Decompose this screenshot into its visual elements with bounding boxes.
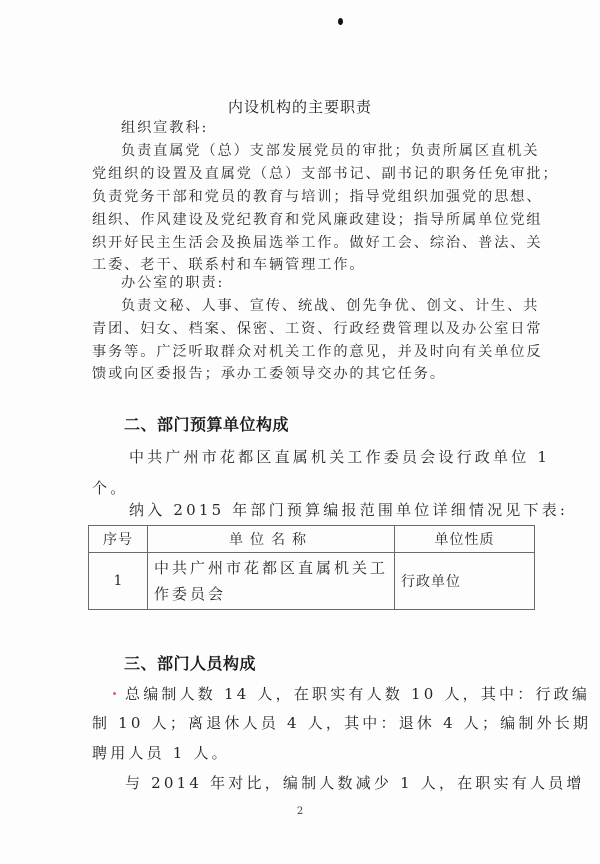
header-unit-nature: 单位性质 xyxy=(395,526,535,553)
cell-unit-nature: 行政单位 xyxy=(395,553,535,610)
office-line: 负责文秘、人事、宣传、统战、创先争优、创文、计生、共 xyxy=(121,295,539,318)
section3-line: 聘用人员 1 人。 xyxy=(92,740,230,766)
page-number: 2 xyxy=(0,806,600,817)
header-unit-name: 单位名称 xyxy=(148,526,395,553)
section-title: 内设机构的主要职责 xyxy=(0,96,600,117)
org-dept-line: 组织、作风建设及党纪教育和党风廉政建设；指导所属单位党组 xyxy=(92,209,542,232)
budget-unit-table: 序号 单位名称 单位性质 1 中共广州市花都区直属机关工 作委员会 行政单位 xyxy=(88,525,535,610)
cell-seq: 1 xyxy=(89,553,148,610)
office-line: 馈或向区委报告；承办工委领导交办的其它任务。 xyxy=(92,363,446,386)
header-seq: 序号 xyxy=(89,526,148,553)
section3-heading: 三、部门人员构成 xyxy=(124,651,256,674)
org-dept-line: 织开好民主生活会及换届选举工作。做好工会、综治、普法、关 xyxy=(92,232,542,255)
org-dept-line: 负责直属党（总）支部发展党员的审批；负责所属区直机关 xyxy=(121,140,539,163)
section2-paragraph-line: 个。 xyxy=(92,475,128,501)
office-label: 办公室的职责: xyxy=(121,272,224,295)
org-dept-label: 组织宣教科: xyxy=(121,117,208,140)
cell-unit-name: 中共广州市花都区直属机关工 作委员会 xyxy=(148,553,395,610)
unit-name-line: 作委员会 xyxy=(154,581,394,607)
section2-heading: 二、部门预算单位构成 xyxy=(124,412,289,435)
section3-paragraph2: 与 2014 年对比，编制人数减少 1 人，在职实有人员增 xyxy=(125,770,585,796)
section2-paragraph-line: 中共广州市花都区直属机关工作委员会设行政单位 1 xyxy=(129,444,550,470)
org-dept-line: 负责党务干部和党员的教育与培训；指导党组织加强党的思想、 xyxy=(92,186,542,209)
scan-speck xyxy=(338,18,343,25)
scan-red-mark xyxy=(113,692,116,695)
unit-name-line: 中共广州市花都区直属机关工 xyxy=(154,555,394,581)
document-page: 内设机构的主要职责 组织宣教科: 负责直属党（总）支部发展党员的审批；负责所属区… xyxy=(0,0,600,864)
office-line: 青团、妇女、档案、保密、工资、行政经费管理以及办公室日常 xyxy=(92,318,542,341)
table-header-row: 序号 单位名称 单位性质 xyxy=(89,526,535,553)
section2-table-intro: 纳入 2015 年部门预算编报范围单位详细情况见下表: xyxy=(129,497,568,523)
org-dept-line: 党组织的设置及直属党（总）支部书记、副书记的职务任免审批； xyxy=(92,163,559,186)
table-row: 1 中共广州市花都区直属机关工 作委员会 行政单位 xyxy=(89,553,535,610)
section3-line: 制 10 人；离退休人员 4 人，其中：退休 4 人；编制外长期 xyxy=(92,710,591,736)
section3-line: 总编制人数 14 人，在职实有人数 10 人，其中：行政编 xyxy=(125,681,590,707)
office-line: 事务等。广泛听取群众对机关工作的意见，并及时向有关单位反 xyxy=(92,341,542,364)
